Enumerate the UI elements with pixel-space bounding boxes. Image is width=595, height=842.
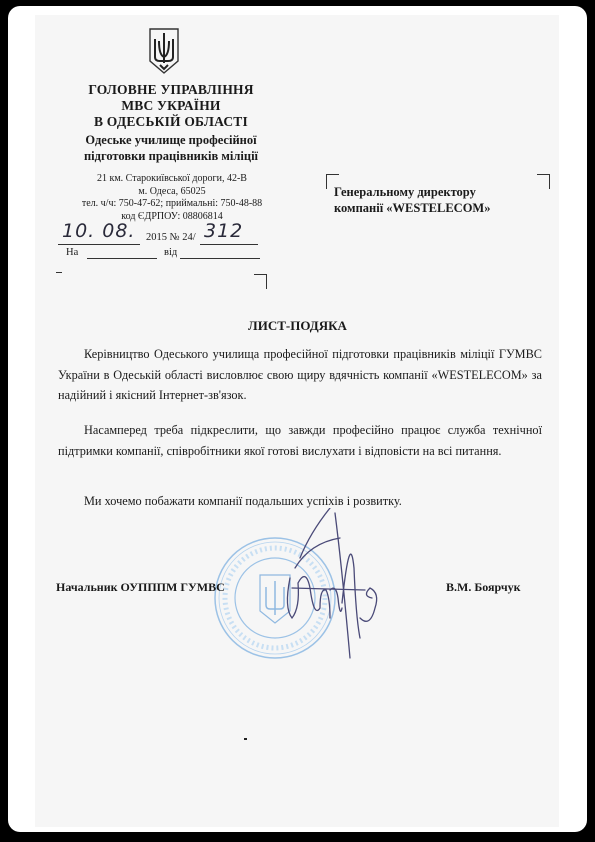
institution-line: підготовки працівників міліції [56,148,286,164]
address-line: 21 км. Старокиївської дороги, 42-В [56,173,288,186]
reference-row: На [66,247,78,258]
org-line: ГОЛОВНЕ УПРАВЛІННЯ [56,82,286,98]
body-paragraph: Керівництво Одеського училища професійно… [58,344,542,406]
organization-name: ГОЛОВНЕ УПРАВЛІННЯ МВС УКРАЇНИ В ОДЕСЬКІ… [56,82,286,130]
corner-mark [254,274,267,289]
date-underline [58,244,140,245]
vid-underline [180,258,260,259]
addressee-line: компанії «WESTELECOM» [334,200,490,216]
na-label: На [66,247,78,258]
corner-mark [537,174,550,189]
phone-line: тел. ч/ч: 750-47-62; приймальні: 750-48-… [56,198,288,211]
signatory-name: В.М. Боярчук [446,580,521,595]
outgoing-date-number: 10. 08. 2015 № 24/ 312 [58,226,268,246]
address-block: 21 км. Старокиївської дороги, 42-В м. Од… [56,173,288,223]
stray-mark [244,738,247,740]
handwritten-date: 10. 08. [62,220,135,242]
signatory-position: Начальник ОУПППМ ГУМВС [56,580,225,595]
org-line: В ОДЕСЬКІЙ ОБЛАСТІ [56,114,286,130]
institution-line: Одеське училище професійної [56,132,286,148]
handwritten-number: 312 [204,220,243,242]
letter-title: ЛИСТ-ПОДЯКА [0,318,595,334]
institution-name: Одеське училище професійної підготовки п… [56,132,286,164]
year-and-number-prefix: 2015 № 24/ [146,232,196,243]
number-underline [200,244,258,245]
na-underline [87,258,157,259]
vid-label: від [164,247,177,258]
address-line: м. Одеса, 65025 [56,186,288,199]
org-line: МВС УКРАЇНИ [56,98,286,114]
body-paragraph: Насамперед треба підкреслити, що завжди … [58,420,542,461]
addressee: Генеральному директору компанії «WESTELE… [334,184,490,216]
handwritten-signature-icon [280,508,390,660]
corner-mark [56,272,62,273]
addressee-line: Генеральному директору [334,184,490,200]
coat-of-arms-icon [148,27,180,75]
